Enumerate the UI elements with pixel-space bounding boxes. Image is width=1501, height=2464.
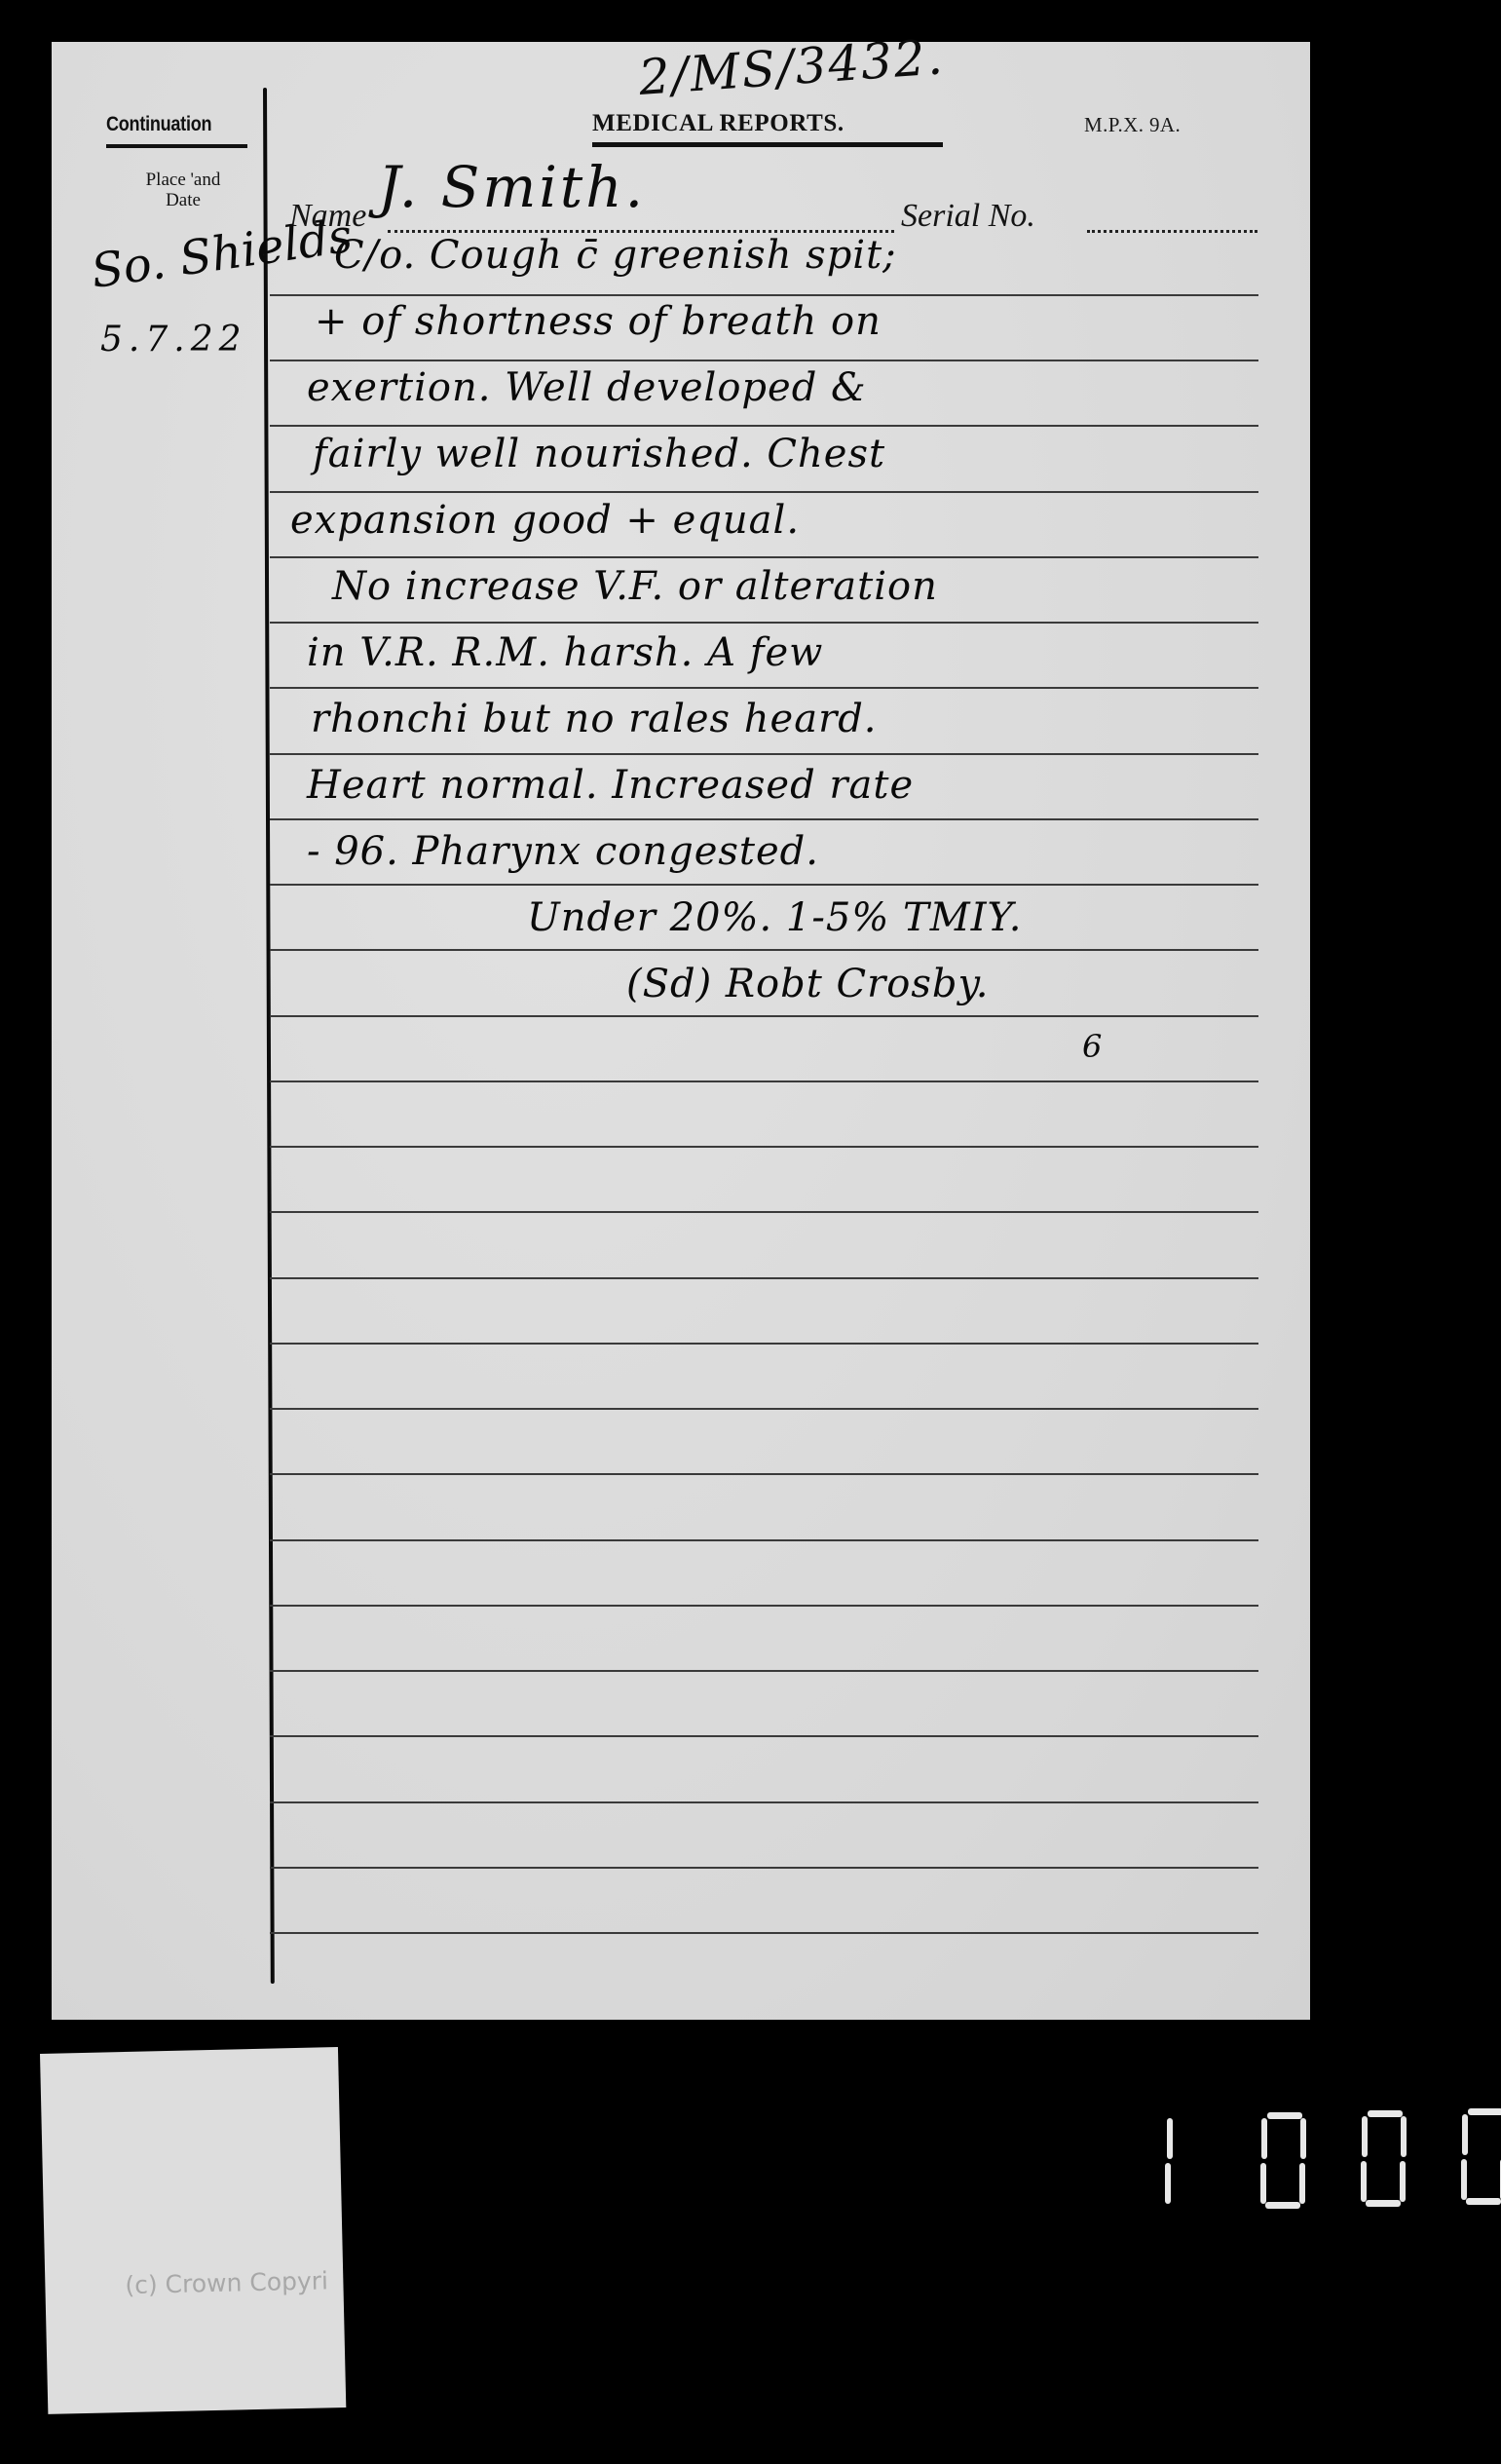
counter-digit-2 <box>1259 2112 1360 2210</box>
handwritten-reference-number: 2/MS/3432. <box>637 28 946 106</box>
report-line-5: expansion good + equal. <box>290 498 800 543</box>
report-line-10: - 96. Pharynx congested. <box>307 829 819 874</box>
ruled-line <box>270 753 1258 755</box>
ruled-line <box>270 1670 1258 1672</box>
ruled-line <box>270 1408 1258 1410</box>
place-and-date-line-2: Date <box>130 190 237 210</box>
ruled-line <box>270 294 1258 296</box>
medical-report-form: Continuation Place 'and Date 2/MS/3432. … <box>52 42 1310 2020</box>
ruled-line <box>270 1539 1258 1541</box>
report-line-1: C/o. Cough c̄ greenish spit; <box>334 233 897 278</box>
report-line-3: exertion. Well developed & <box>307 365 867 410</box>
counter-digit-4 <box>1460 2112 1501 2210</box>
continuation-underline <box>106 144 247 148</box>
place-and-date-line-1: Place 'and <box>130 170 237 190</box>
form-code: M.P.X. 9A. <box>1084 113 1181 137</box>
form-title: MEDICAL REPORTS. <box>592 110 844 137</box>
copyright-slip: (c) Crown Copyri <box>40 2047 346 2414</box>
margin-date: 5.7.22 <box>100 320 247 360</box>
signature-line: (Sd) Robt Crosby. <box>626 962 989 1006</box>
margin-divider <box>263 88 275 1984</box>
report-line-2: + of shortness of breath on <box>315 299 882 344</box>
report-line-4: fairly well nourished. Chest <box>313 432 885 476</box>
report-line-7: in V.R. R.M. harsh. A few <box>307 630 823 675</box>
ruled-line <box>270 1343 1258 1345</box>
ruled-line <box>270 1932 1258 1934</box>
ruled-line <box>270 491 1258 493</box>
ruled-line <box>270 1080 1258 1082</box>
ruled-line <box>270 1015 1258 1017</box>
ruled-line <box>270 1146 1258 1148</box>
counter-digit-3 <box>1360 2112 1460 2210</box>
ruled-line <box>270 360 1258 361</box>
ruled-line <box>270 1867 1258 1869</box>
report-line-11: Under 20%. 1-5% TMIY. <box>527 895 1022 940</box>
ruled-line <box>270 687 1258 689</box>
ruled-line <box>270 1473 1258 1475</box>
copyright-watermark: (c) Crown Copyri <box>125 2266 344 2299</box>
ruled-line <box>270 1801 1258 1803</box>
ruled-line <box>270 949 1258 951</box>
ruled-line <box>270 1211 1258 1213</box>
ruled-line <box>270 622 1258 624</box>
ruled-line <box>270 1735 1258 1737</box>
name-value: J. Smith. <box>378 154 646 220</box>
report-line-9: Heart normal. Increased rate <box>307 763 914 808</box>
stray-mark: 6 <box>1082 1028 1103 1065</box>
form-title-underline <box>592 142 943 147</box>
margin-place: So. Shields <box>88 208 356 299</box>
frame-counter <box>1159 2112 1501 2210</box>
ruled-line <box>270 425 1258 427</box>
report-line-6: No increase V.F. or alteration <box>332 564 938 609</box>
counter-digit-1 <box>1159 2112 1259 2210</box>
place-and-date-label: Place 'and Date <box>130 170 237 210</box>
ruled-line <box>270 1277 1258 1279</box>
serial-number-field-line <box>1087 230 1257 233</box>
serial-number-label: Serial No. <box>901 198 1035 235</box>
ruled-line <box>270 818 1258 820</box>
report-line-8: rhonchi but no rales heard. <box>311 697 878 741</box>
continuation-label: Continuation <box>106 113 211 136</box>
ruled-line <box>270 884 1258 886</box>
ruled-line <box>270 556 1258 558</box>
ruled-line <box>270 1605 1258 1607</box>
